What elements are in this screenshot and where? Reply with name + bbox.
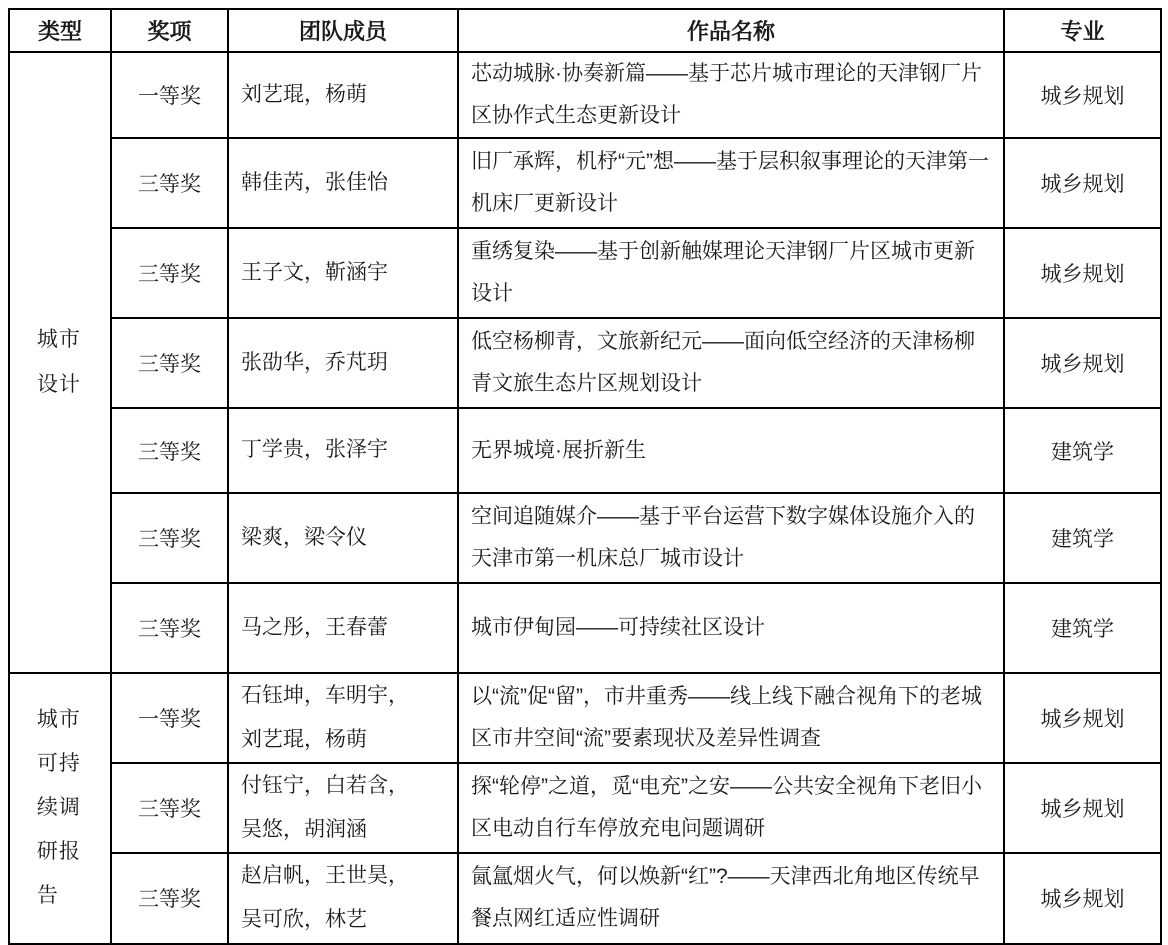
column-header-major: 专业 [1004, 9, 1161, 52]
type-label: 城市可持续调研报告 [37, 698, 83, 918]
award-cell: 三等奖 [111, 853, 228, 943]
major-cell: 城乡规划 [1004, 673, 1161, 763]
members-label: 韩佳芮，张佳怡 [241, 161, 424, 205]
major-cell: 建筑学 [1004, 408, 1161, 493]
members-label: 赵启帆，王世昊，吴可欣，林艺 [241, 854, 424, 942]
awards-table: 类型 奖项 团队成员 作品名称 专业 城市设计 一等奖 刘艺琨，杨萌 芯动城脉·… [8, 8, 1162, 945]
members-label: 石钰坤，车明宇，刘艺琨，杨萌 [241, 674, 424, 762]
column-header-title: 作品名称 [458, 9, 1004, 52]
members-label: 王子文，靳涵宇 [241, 251, 424, 295]
members-label: 张劭华，乔芃玥 [241, 341, 424, 385]
major-cell: 城乡规划 [1004, 853, 1161, 943]
major-cell: 城乡规划 [1004, 52, 1161, 138]
members-label: 刘艺琨，杨萌 [241, 73, 424, 117]
members-cell: 梁爽，梁令仪 [228, 493, 458, 583]
award-cell: 三等奖 [111, 408, 228, 493]
award-cell: 三等奖 [111, 228, 228, 318]
members-label: 梁爽，梁令仪 [241, 516, 424, 560]
column-header-members: 团队成员 [228, 9, 458, 52]
table-row: 三等奖 王子文，靳涵宇 重绣复染——基于创新触媒理论天津钢厂片区城市更新设计 城… [9, 228, 1161, 318]
table-row: 三等奖 张劭华，乔芃玥 低空杨柳青，文旅新纪元——面向低空经济的天津杨柳青文旅生… [9, 318, 1161, 408]
table-row: 三等奖 马之彤，王春蕾 城市伊甸园——可持续社区设计 建筑学 [9, 583, 1161, 673]
title-cell: 探“轮停”之道，觅“电充”之安——公共安全视角下老旧小区电动自行车停放充电问题调… [458, 763, 1004, 853]
column-header-type: 类型 [9, 9, 111, 52]
members-label: 付钰宁，白若含，吴悠，胡润涵 [241, 764, 424, 852]
award-cell: 三等奖 [111, 763, 228, 853]
award-cell: 三等奖 [111, 318, 228, 408]
major-cell: 城乡规划 [1004, 318, 1161, 408]
members-label: 丁学贵，张泽宇 [241, 428, 424, 472]
title-cell: 空间追随媒介——基于平台运营下数字媒体设施介入的天津市第一机床总厂城市设计 [458, 493, 1004, 583]
type-cell-urban-design: 城市设计 [9, 52, 111, 673]
members-cell: 付钰宁，白若含，吴悠，胡润涵 [228, 763, 458, 853]
table-row: 三等奖 赵启帆，王世昊，吴可欣，林艺 氤氲烟火气，何以焕新“红”?——天津西北角… [9, 853, 1161, 943]
award-cell: 三等奖 [111, 493, 228, 583]
title-cell: 重绣复染——基于创新触媒理论天津钢厂片区城市更新设计 [458, 228, 1004, 318]
members-cell: 张劭华，乔芃玥 [228, 318, 458, 408]
table-row: 三等奖 韩佳芮，张佳怡 旧厂承辉，机杼“元”想——基于层积叙事理论的天津第一机床… [9, 138, 1161, 228]
table-row: 三等奖 付钰宁，白若含，吴悠，胡润涵 探“轮停”之道，觅“电充”之安——公共安全… [9, 763, 1161, 853]
major-cell: 城乡规划 [1004, 138, 1161, 228]
table-row: 城市设计 一等奖 刘艺琨，杨萌 芯动城脉·协奏新篇——基于芯片城市理论的天津钢厂… [9, 52, 1161, 138]
table-row: 三等奖 丁学贵，张泽宇 无界城境·展折新生 建筑学 [9, 408, 1161, 493]
major-cell: 城乡规划 [1004, 763, 1161, 853]
award-cell: 三等奖 [111, 583, 228, 673]
header-row: 类型 奖项 团队成员 作品名称 专业 [9, 9, 1161, 52]
award-cell: 三等奖 [111, 138, 228, 228]
title-cell: 无界城境·展折新生 [458, 408, 1004, 493]
award-cell: 一等奖 [111, 673, 228, 763]
members-cell: 马之彤，王春蕾 [228, 583, 458, 673]
table-row: 三等奖 梁爽，梁令仪 空间追随媒介——基于平台运营下数字媒体设施介入的天津市第一… [9, 493, 1161, 583]
column-header-award: 奖项 [111, 9, 228, 52]
award-cell: 一等奖 [111, 52, 228, 138]
members-cell: 丁学贵，张泽宇 [228, 408, 458, 493]
major-cell: 建筑学 [1004, 493, 1161, 583]
members-cell: 石钰坤，车明宇，刘艺琨，杨萌 [228, 673, 458, 763]
members-cell: 韩佳芮，张佳怡 [228, 138, 458, 228]
major-cell: 建筑学 [1004, 583, 1161, 673]
members-cell: 王子文，靳涵宇 [228, 228, 458, 318]
members-cell: 赵启帆，王世昊，吴可欣，林艺 [228, 853, 458, 943]
document-page: 类型 奖项 团队成员 作品名称 专业 城市设计 一等奖 刘艺琨，杨萌 芯动城脉·… [0, 0, 1168, 939]
title-cell: 芯动城脉·协奏新篇——基于芯片城市理论的天津钢厂片区协作式生态更新设计 [458, 52, 1004, 138]
title-cell: 旧厂承辉，机杼“元”想——基于层积叙事理论的天津第一机床厂更新设计 [458, 138, 1004, 228]
major-cell: 城乡规划 [1004, 228, 1161, 318]
type-label: 城市设计 [37, 318, 83, 406]
title-cell: 低空杨柳青，文旅新纪元——面向低空经济的天津杨柳青文旅生态片区规划设计 [458, 318, 1004, 408]
title-cell: 以“流”促“留”，市井重秀——线上线下融合视角下的老城区市井空间“流”要素现状及… [458, 673, 1004, 763]
members-label: 马之彤，王春蕾 [241, 606, 424, 650]
type-cell-sustainability-research: 城市可持续调研报告 [9, 673, 111, 944]
members-cell: 刘艺琨，杨萌 [228, 52, 458, 138]
title-cell: 城市伊甸园——可持续社区设计 [458, 583, 1004, 673]
table-row: 城市可持续调研报告 一等奖 石钰坤，车明宇，刘艺琨，杨萌 以“流”促“留”，市井… [9, 673, 1161, 763]
title-cell: 氤氲烟火气，何以焕新“红”?——天津西北角地区传统早餐点网红适应性调研 [458, 853, 1004, 943]
